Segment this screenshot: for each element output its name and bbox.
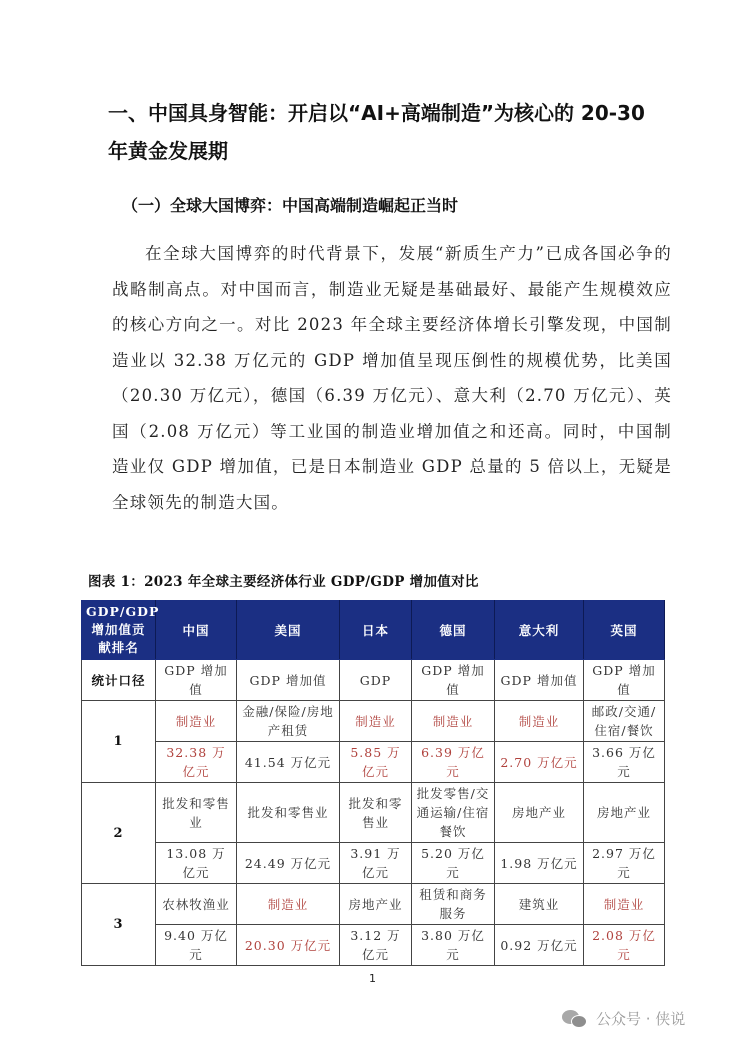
table-cell: 农林牧渔业	[156, 884, 237, 925]
table-cell: 13.08 万亿元	[156, 843, 237, 884]
table-cell: 制造业	[340, 701, 412, 742]
rank-number: 3	[82, 884, 156, 966]
section-heading: 一、中国具身智能：开启以“AI+高端制造”为核心的 20-30 年黄金发展期	[108, 94, 668, 170]
body-paragraph: 在全球大国博弈的时代背景下，发展“新质生产力”已成各国必争的战略制高点。对中国而…	[112, 236, 672, 520]
table-cell: 制造业	[495, 701, 584, 742]
table-cell: 2.70 万亿元	[495, 742, 584, 783]
table-cell: 租赁和商务服务	[412, 884, 495, 925]
table-cell: 邮政/交通/住宿/餐饮	[584, 701, 665, 742]
table-cell: 2.97 万亿元	[584, 843, 665, 884]
table-cell: GDP 增加值	[495, 660, 584, 701]
table-cell: 建筑业	[495, 884, 584, 925]
table-cell: 制造业	[412, 701, 495, 742]
table-cell: GDP	[340, 660, 412, 701]
table-cell: 20.30 万亿元	[237, 925, 340, 966]
table-row-stat-basis: 统计口径 GDP 增加值 GDP 增加值 GDP GDP 增加值 GDP 增加值…	[82, 660, 665, 701]
rank-number: 1	[82, 701, 156, 783]
table-row-rank3-value: 9.40 万亿元 20.30 万亿元 3.12 万亿元 3.80 万亿元 0.9…	[82, 925, 665, 966]
header-china: 中国	[156, 601, 237, 660]
wechat-icon	[562, 1009, 590, 1029]
table-cell: 5.20 万亿元	[412, 843, 495, 884]
gdp-comparison-table: GDP/GDP 增加值贡献排名 中国 美国 日本 德国 意大利 英国 统计口径 …	[81, 600, 665, 966]
table-cell: GDP 增加值	[584, 660, 665, 701]
table-cell: 32.38 万亿元	[156, 742, 237, 783]
table-cell: GDP 增加值	[156, 660, 237, 701]
table-cell: 金融/保险/房地产租赁	[237, 701, 340, 742]
table-cell: 9.40 万亿元	[156, 925, 237, 966]
table-cell: 制造业	[584, 884, 665, 925]
table-cell: GDP 增加值	[412, 660, 495, 701]
table-cell: 房地产业	[340, 884, 412, 925]
table-row-rank3-industry: 3 农林牧渔业 制造业 房地产业 租赁和商务服务 建筑业 制造业	[82, 884, 665, 925]
page-number: 1	[369, 972, 376, 985]
table-cell: 批发和零售业	[156, 783, 237, 843]
header-usa: 美国	[237, 601, 340, 660]
table-cell: 批发零售/交通运输/住宿餐饮	[412, 783, 495, 843]
table-row-rank2-industry: 2 批发和零售业 批发和零售业 批发和零售业 批发零售/交通运输/住宿餐饮 房地…	[82, 783, 665, 843]
header-uk: 英国	[584, 601, 665, 660]
stat-label: 统计口径	[82, 660, 156, 701]
table-cell: 5.85 万亿元	[340, 742, 412, 783]
table-cell: 0.92 万亿元	[495, 925, 584, 966]
watermark-text: 公众号 · 侠说	[596, 1008, 685, 1029]
header-japan: 日本	[340, 601, 412, 660]
table-cell: 6.39 万亿元	[412, 742, 495, 783]
table-cell: 3.66 万亿元	[584, 742, 665, 783]
watermark: 公众号 · 侠说	[562, 1008, 685, 1029]
table-row-rank1-industry: 1 制造业 金融/保险/房地产租赁 制造业 制造业 制造业 邮政/交通/住宿/餐…	[82, 701, 665, 742]
table-cell: 1.98 万亿元	[495, 843, 584, 884]
table-cell: 房地产业	[584, 783, 665, 843]
table-header-row: GDP/GDP 增加值贡献排名 中国 美国 日本 德国 意大利 英国	[82, 601, 665, 660]
table-row-rank1-value: 32.38 万亿元 41.54 万亿元 5.85 万亿元 6.39 万亿元 2.…	[82, 742, 665, 783]
table-cell: 24.49 万亿元	[237, 843, 340, 884]
table-cell: 批发和零售业	[340, 783, 412, 843]
table-cell: GDP 增加值	[237, 660, 340, 701]
header-rank: GDP/GDP 增加值贡献排名	[82, 601, 156, 660]
table-row-rank2-value: 13.08 万亿元 24.49 万亿元 3.91 万亿元 5.20 万亿元 1.…	[82, 843, 665, 884]
subsection-heading: （一）全球大国博弈：中国高端制造崛起正当时	[122, 194, 458, 218]
header-germany: 德国	[412, 601, 495, 660]
table-cell: 3.91 万亿元	[340, 843, 412, 884]
table-cell: 3.80 万亿元	[412, 925, 495, 966]
header-italy: 意大利	[495, 601, 584, 660]
table-cell: 2.08 万亿元	[584, 925, 665, 966]
table-cell: 批发和零售业	[237, 783, 340, 843]
table-caption: 图表 1：2023 年全球主要经济体行业 GDP/GDP 增加值对比	[88, 570, 479, 590]
table-cell: 制造业	[156, 701, 237, 742]
table-cell: 3.12 万亿元	[340, 925, 412, 966]
rank-number: 2	[82, 783, 156, 884]
table-cell: 制造业	[237, 884, 340, 925]
table-cell: 41.54 万亿元	[237, 742, 340, 783]
table-cell: 房地产业	[495, 783, 584, 843]
